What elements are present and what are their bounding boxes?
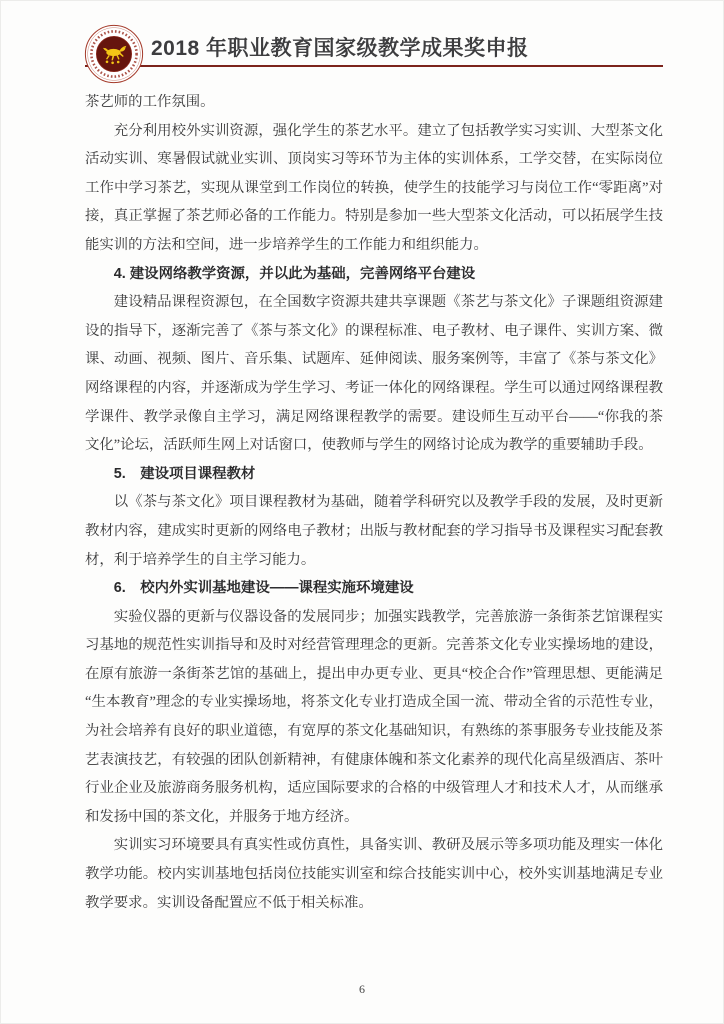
heading-4-network-teaching-resources: 4. 建设网络教学资源，并以此为基础，完善网络平台建设 [85, 260, 663, 289]
para-textbook-update: 以《茶与茶文化》项目课程教材为基础，随着学科研究以及教学手段的发展，及时更新教材… [85, 488, 663, 574]
para-training-environment-requirements: 实训实习环境要具有真实性或仿真性，具备实训、教研及展示等多项功能及理实一体化教学… [85, 831, 663, 917]
page-footer: 6 [0, 982, 724, 997]
heading-6-training-base-construction: 6. 校内外实训基地建设——课程实施环境建设 [85, 574, 663, 603]
document-body: 茶艺师的工作氛围。充分利用校外实训资源，强化学生的茶艺水平。建立了包括教学实习实… [85, 88, 663, 917]
page-number: 6 [359, 982, 365, 996]
school-seal-logo [84, 24, 144, 84]
para-off-campus-training: 充分利用校外实训资源，强化学生的茶艺水平。建立了包括教学实习实训、大型茶文化活动… [85, 117, 663, 260]
para-training-base-details: 实验仪器的更新与仪器设备的发展同步；加强实践教学，完善旅游一条街茶艺馆课程实习基… [85, 603, 663, 832]
para-course-resource-package: 建设精品课程资源包，在全国数字资源共建共享课题《茶艺与茶文化》子课题组资源建设的… [85, 288, 663, 460]
para-work-atmosphere: 茶艺师的工作氛围。 [85, 88, 663, 117]
heading-5-project-course-textbooks: 5. 建设项目课程教材 [85, 460, 663, 489]
header-divider [85, 65, 663, 67]
page-title: 2018 年职业教育国家级教学成果奖申报 [151, 32, 529, 62]
document-page: 2018 年职业教育国家级教学成果奖申报 茶艺师的工作氛围。充分利用校外实训资源… [0, 0, 724, 1024]
